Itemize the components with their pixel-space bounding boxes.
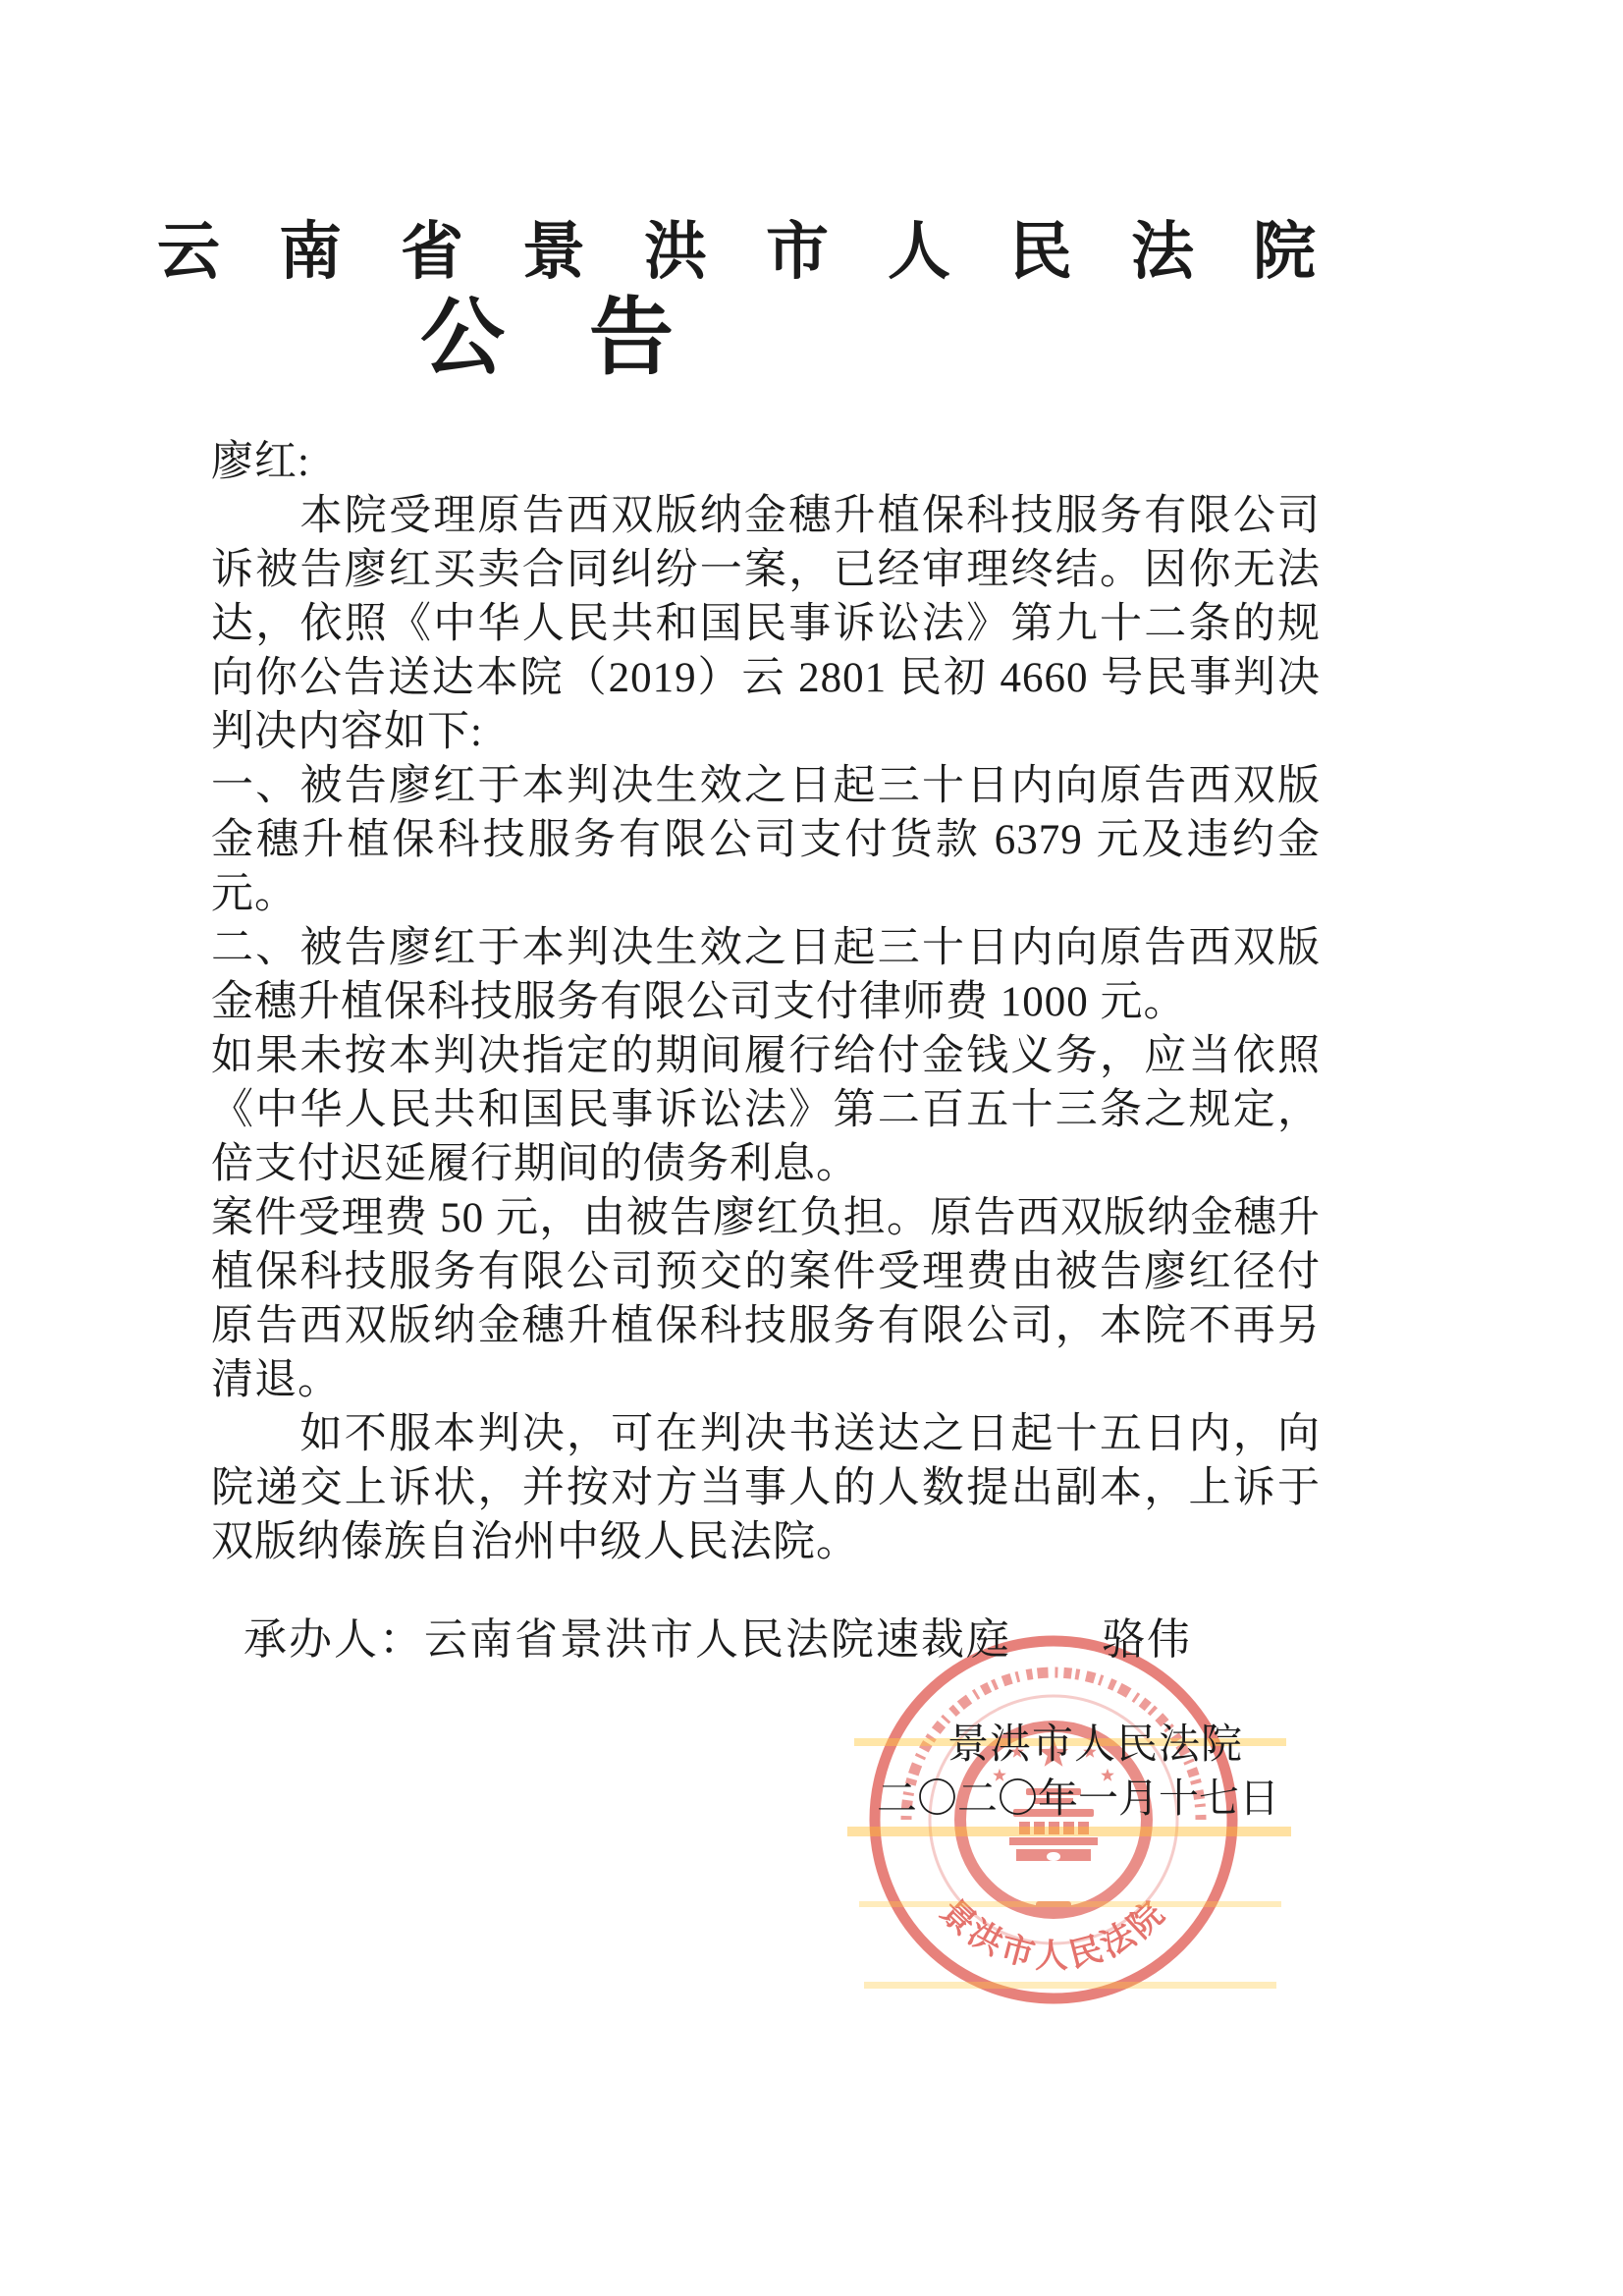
document-line: 一、被告廖红于本判决生效之日起三十日内向原告西双版纳 (211, 759, 1321, 813)
document-line: 《中华人民共和国民事诉讼法》第二百五十三条之规定，加 (211, 1083, 1321, 1137)
document-line: 本院受理原告西双版纳金穗升植保科技服务有限公司 (211, 489, 1321, 543)
issuing-court-name: 景洪市人民法院 (947, 1722, 1243, 1769)
document-line: 倍支付迟延履行期间的债务利息。 (211, 1137, 1321, 1191)
document-line: 院递交上诉状，并按对方当事人的人数提出副本，上诉于西 (211, 1461, 1321, 1515)
salutation-line: 廖红: (211, 435, 1321, 489)
document-line: 原告西双版纳金穗升植保科技服务有限公司，本院不再另行 (211, 1299, 1321, 1353)
document-body: 廖红: 本院受理原告西双版纳金穗升植保科技服务有限公司 诉被告廖红买卖合同纠纷一… (211, 435, 1321, 1569)
document-line: 诉被告廖红买卖合同纠纷一案，已经审理终结。因你无法送 (211, 543, 1321, 597)
document-line: 清退。 (211, 1353, 1321, 1407)
document-line: 植保科技服务有限公司预交的案件受理费由被告廖红径付 (211, 1245, 1321, 1299)
document-line: 达，依照《中华人民共和国民事诉讼法》第九十二条的规定， (211, 597, 1321, 651)
announcement-heading: 公 告 (420, 289, 674, 387)
document-line: 案件受理费 50 元，由被告廖红负担。原告西双版纳金穗升 (211, 1191, 1321, 1245)
document-line: 如不服本判决，可在判决书送达之日起十五日内，向本 (211, 1407, 1321, 1461)
document-line: 二、被告廖红于本判决生效之日起三十日内向原告西双版纳 (211, 921, 1321, 975)
document-line: 金穗升植保科技服务有限公司支付律师费 1000 元。 (211, 975, 1321, 1029)
issue-date: 二〇二〇年一月十七日 (877, 1775, 1279, 1822)
court-name-title: 云南省景洪市人民法院 (157, 218, 1316, 285)
document-line: 元。 (211, 867, 1321, 921)
document-line: 判决内容如下: (211, 705, 1321, 759)
document-line: 金穗升植保科技服务有限公司支付货款 6379 元及违约金 638 (211, 813, 1321, 867)
document-line: 如果未按本判决指定的期间履行给付金钱义务，应当依照 (211, 1029, 1321, 1083)
document-line: 双版纳傣族自治州中级人民法院。 (211, 1515, 1321, 1569)
document-line: 向你公告送达本院（2019）云 2801 民初 4660 号民事判决书。 (211, 651, 1321, 705)
emblem-ribbon (1036, 1901, 1071, 1910)
announcement-document: 云南省景洪市人民法院 公 告 廖红: 本院受理原告西双版纳金穗升植保科技服务有限… (0, 0, 1623, 2296)
case-handler-line: 承办人：云南省景洪市人民法院速裁庭 骆伟 (243, 1613, 1192, 1667)
